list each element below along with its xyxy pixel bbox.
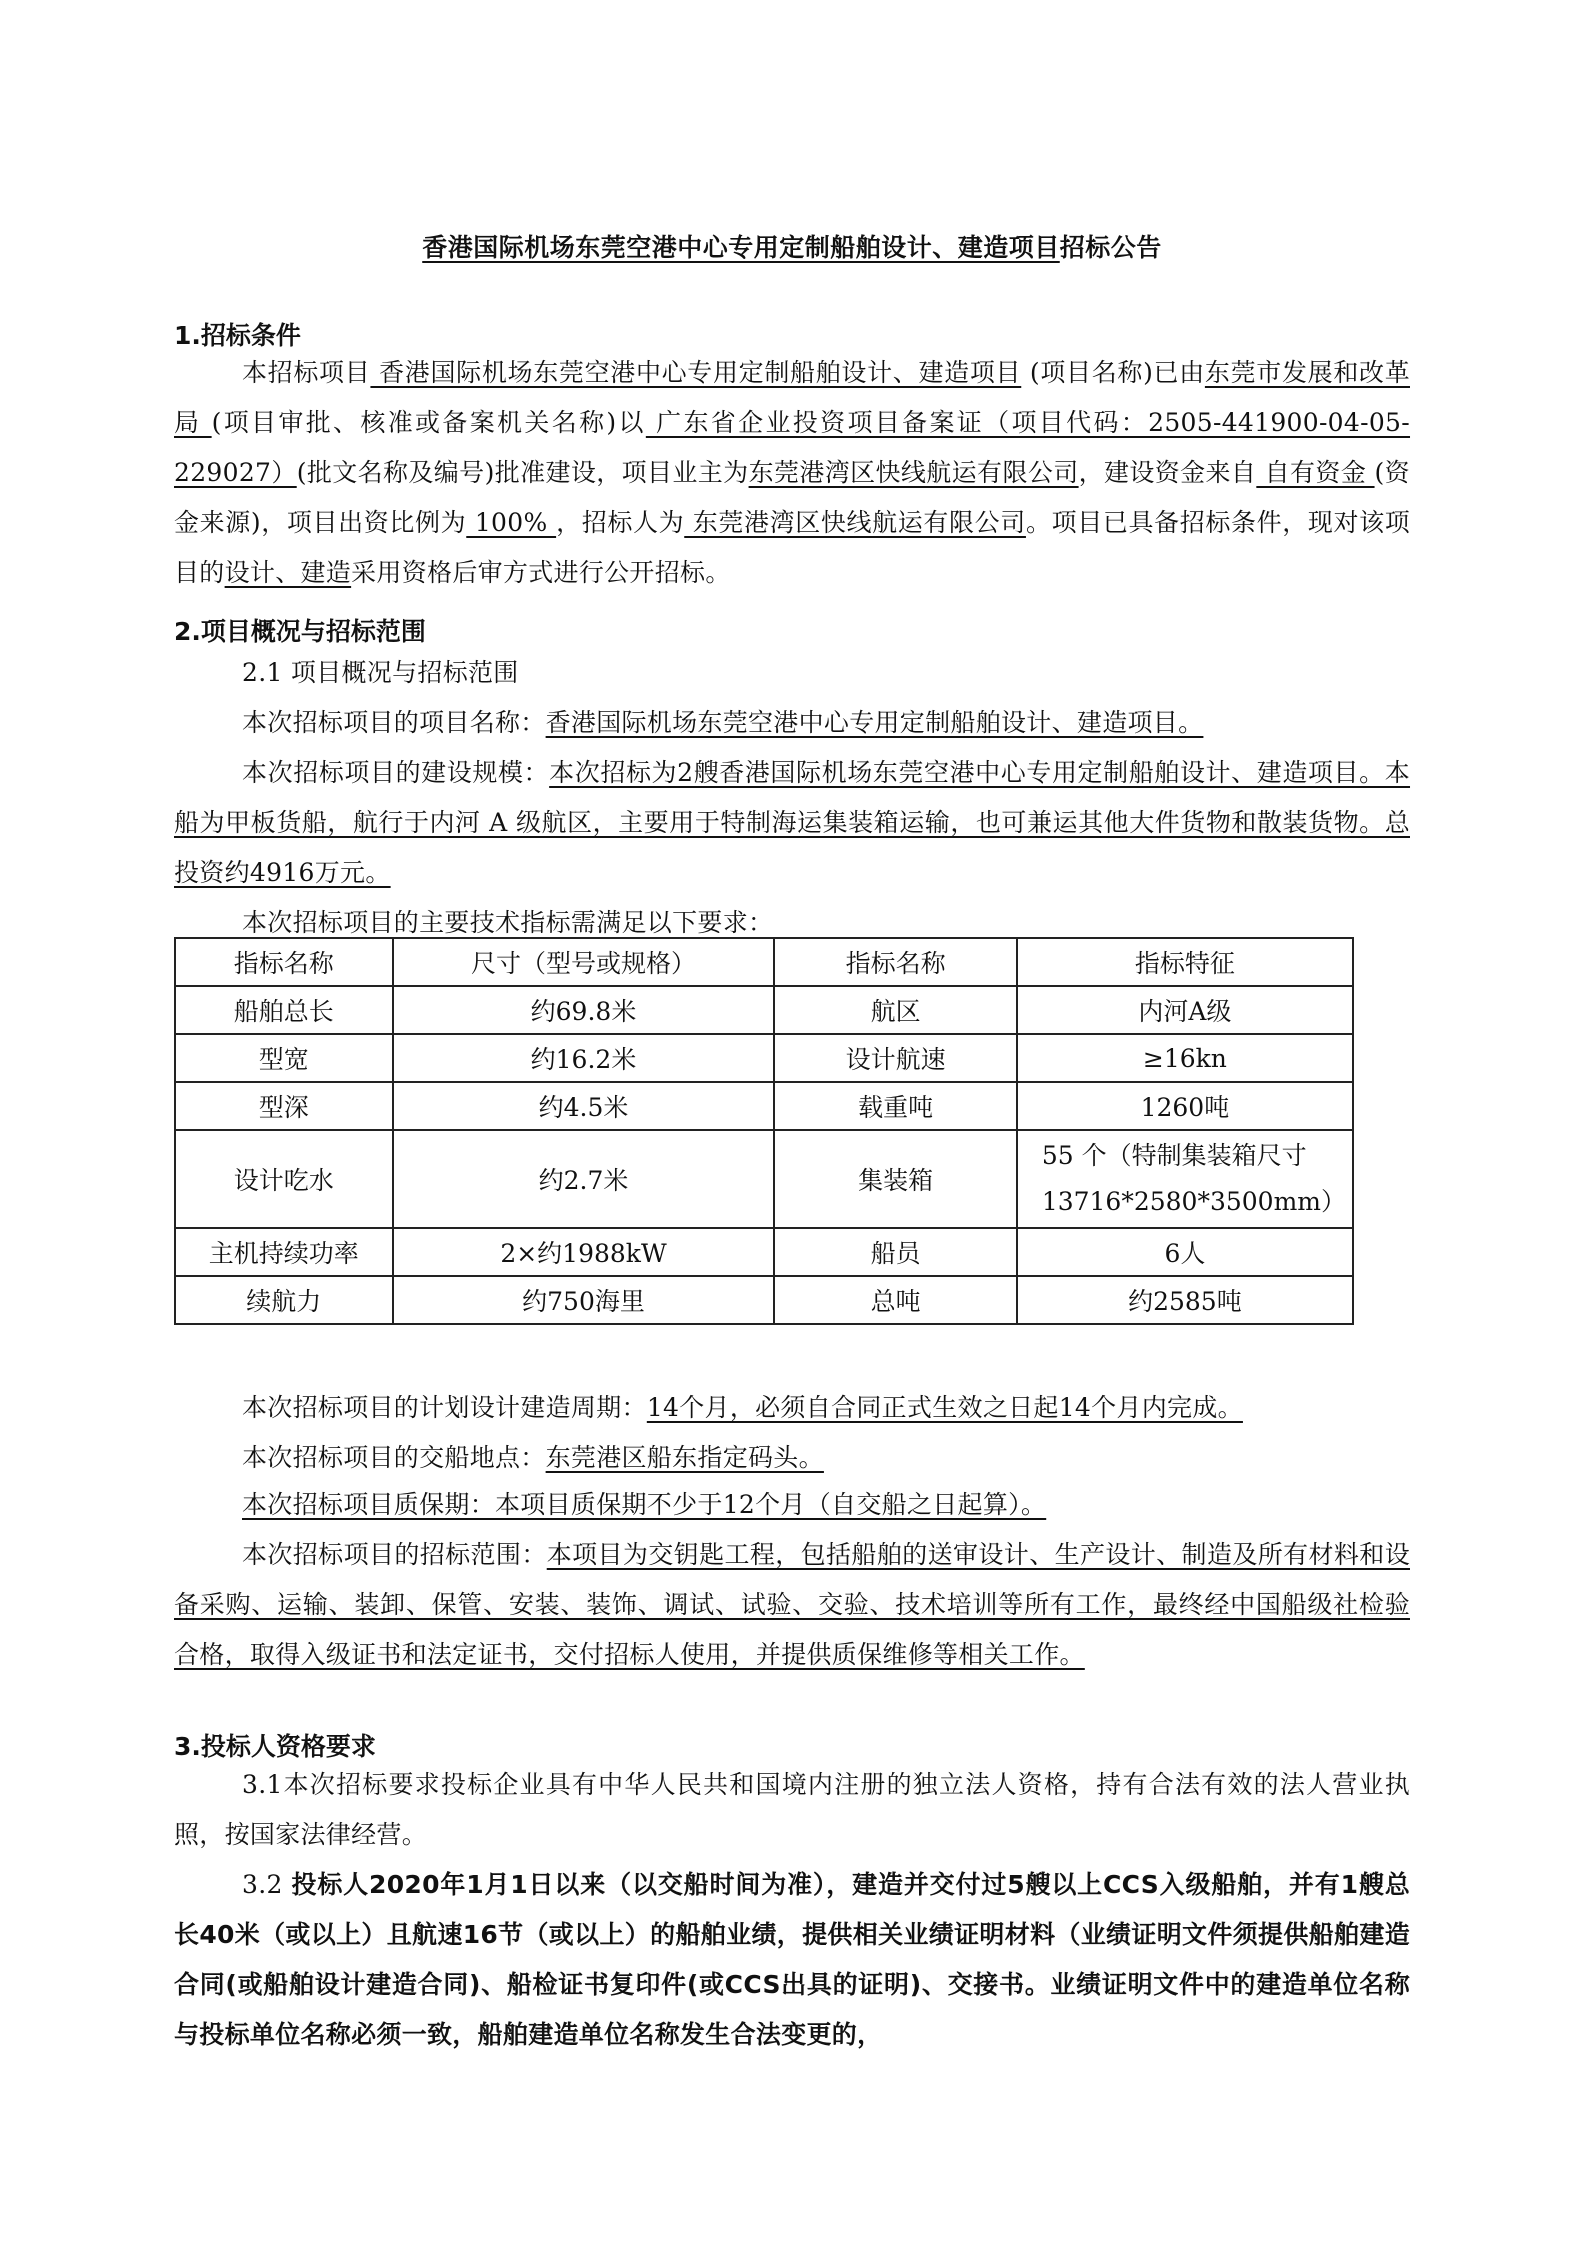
label: 本次招标项目的建设规模： (242, 758, 549, 787)
table-cell: ≥16kn (1017, 1034, 1353, 1082)
table-cell: 航区 (774, 986, 1016, 1034)
label: 本次招标项目的交船地点： (242, 1443, 546, 1472)
table-header: 指标名称 (175, 938, 393, 986)
label: 本次招标项目的招标范围： (242, 1540, 547, 1569)
table-row: 型宽 约16.2米 设计航速 ≥16kn (175, 1034, 1353, 1082)
table-cell: 6人 (1017, 1228, 1353, 1276)
delivery-location-line: 本次招标项目的交船地点：东莞港区船东指定码头。 (174, 1433, 1410, 1483)
table-header-row: 指标名称 尺寸（型号或规格） 指标名称 指标特征 (175, 938, 1353, 986)
table-cell: 约16.2米 (393, 1034, 775, 1082)
table-cell: 船舶总长 (175, 986, 393, 1034)
section-1-heading: 1.招标条件 (174, 316, 301, 352)
requirement-3-2: 3.2 投标人2020年1月1日以来（以交船时间为准），建造并交付过5艘以上CC… (174, 1860, 1410, 2060)
table-row: 续航力 约750海里 总吨 约2585吨 (175, 1276, 1353, 1324)
table-cell: 设计航速 (774, 1034, 1016, 1082)
table-cell: 集装箱 (774, 1130, 1016, 1228)
table-cell: 1260吨 (1017, 1082, 1353, 1130)
table-cell: 载重吨 (774, 1082, 1016, 1130)
label: 本次招标项目的项目名称： (242, 708, 546, 737)
table-row: 设计吃水 约2.7米 集装箱 55 个（特制集装箱尺寸 13716*2580*3… (175, 1130, 1353, 1228)
requirement-3-1: 3.1本次招标要求投标企业具有中华人民共和国境内注册的独立法人资格，持有合法有效… (174, 1760, 1410, 1860)
funding-ratio-field: 100% (466, 508, 556, 537)
table-cell: 约2585吨 (1017, 1276, 1353, 1324)
label: 3.2 (242, 1870, 291, 1899)
table-cell: 约750海里 (393, 1276, 775, 1324)
table-cell: 设计吃水 (175, 1130, 393, 1228)
tender-scope-field: 设计、建造 (225, 558, 352, 587)
table-cell: 2×约1988kW (393, 1228, 775, 1276)
section-1-paragraph: 本招标项目 香港国际机场东莞空港中心专用定制船舶设计、建造项目 (项目名称)已由… (174, 348, 1410, 598)
table-cell: 续航力 (175, 1276, 393, 1324)
requirement-3-2-text: 投标人2020年1月1日以来（以交船时间为准），建造并交付过5艘以上CCS入级船… (174, 1870, 1410, 2049)
table-header: 指标特征 (1017, 938, 1353, 986)
title-suffix: 招标公告 (1060, 233, 1162, 262)
delivery-location-value: 东莞港区船东指定码头。 (546, 1443, 824, 1472)
section-3-heading: 3.投标人资格要求 (174, 1727, 376, 1763)
table-cell: 内河A级 (1017, 986, 1353, 1034)
text: (项目审批、核准或备案机关名称)以 (212, 408, 646, 437)
label: 本次招标项目的计划设计建造周期： (242, 1393, 647, 1422)
construction-period-value: 14个月，必须自合同正式生效之日起14个月内完成。 (647, 1393, 1243, 1422)
warranty-line: 本次招标项目质保期：本项目质保期不少于12个月（自交船之日起算）。 (174, 1480, 1410, 1530)
table-header: 指标名称 (774, 938, 1016, 986)
table-cell: 约69.8米 (393, 986, 775, 1034)
table-cell: 总吨 (774, 1276, 1016, 1324)
construction-period-line: 本次招标项目的计划设计建造周期：14个月，必须自合同正式生效之日起14个月内完成… (174, 1383, 1410, 1433)
table-cell: 船员 (774, 1228, 1016, 1276)
text: ，建设资金来自 (1079, 458, 1257, 487)
table-row: 主机持续功率 2×约1988kW 船员 6人 (175, 1228, 1353, 1276)
table-header: 尺寸（型号或规格） (393, 938, 775, 986)
text: 采用资格后审方式进行公开招标。 (351, 558, 731, 587)
document-title: 香港国际机场东莞空港中心专用定制船舶设计、建造项目招标公告 (174, 228, 1410, 264)
tenderer-field: 东莞港湾区快线航运有限公司 (684, 508, 1026, 537)
project-name-line: 本次招标项目的项目名称：香港国际机场东莞空港中心专用定制船舶设计、建造项目。 (174, 698, 1410, 748)
section-2-heading: 2.项目概况与招标范围 (174, 612, 426, 648)
text: (批文名称及编号)批准建设，项目业主为 (297, 458, 749, 487)
table-cell: 型宽 (175, 1034, 393, 1082)
fund-source-field: 自有资金 (1256, 458, 1374, 487)
table-row: 船舶总长 约69.8米 航区 内河A级 (175, 986, 1353, 1034)
table-cell: 型深 (175, 1082, 393, 1130)
project-owner-field: 东莞港湾区快线航运有限公司 (749, 458, 1079, 487)
table-cell: 55 个（特制集装箱尺寸 13716*2580*3500mm） (1017, 1130, 1353, 1228)
text: (项目名称)已由 (1021, 358, 1205, 387)
tender-range-paragraph: 本次招标项目的招标范围：本项目为交钥匙工程，包括船舶的送审设计、生产设计、制造及… (174, 1530, 1410, 1680)
text: ，招标人为 (556, 508, 684, 537)
table-cell: 约2.7米 (393, 1130, 775, 1228)
title-project-name: 香港国际机场东莞空港中心专用定制船舶设计、建造项目 (422, 233, 1060, 262)
project-name-value: 香港国际机场东莞空港中心专用定制船舶设计、建造项目。 (546, 708, 1204, 737)
subsection-2-1-heading: 2.1 项目概况与招标范围 (174, 648, 1410, 698)
construction-scale-paragraph: 本次招标项目的建设规模：本次招标为2艘香港国际机场东莞空港中心专用定制船舶设计、… (174, 748, 1410, 898)
project-name-field: 香港国际机场东莞空港中心专用定制船舶设计、建造项目 (370, 358, 1021, 387)
technical-spec-table: 指标名称 尺寸（型号或规格） 指标名称 指标特征 船舶总长 约69.8米 航区 … (174, 937, 1354, 1325)
warranty-value: 本次招标项目质保期：本项目质保期不少于12个月（自交船之日起算）。 (242, 1490, 1046, 1519)
text: 本招标项目 (242, 358, 370, 387)
table-row: 型深 约4.5米 载重吨 1260吨 (175, 1082, 1353, 1130)
table-cell: 主机持续功率 (175, 1228, 393, 1276)
table-cell: 约4.5米 (393, 1082, 775, 1130)
